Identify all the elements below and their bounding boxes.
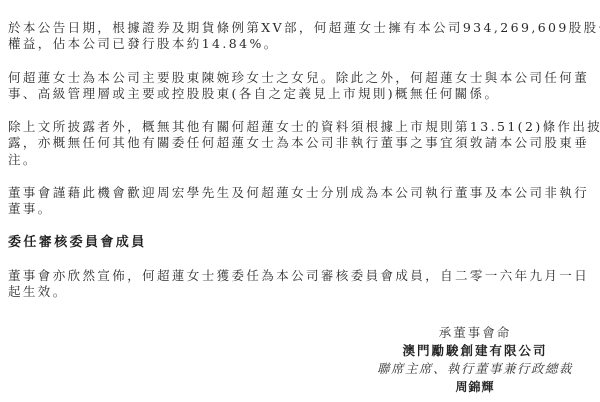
paragraph-disclosure: 除上文所披露者外，概無其他有關何超蓮女士的資料須根據上市規則第13.51(2)條… — [8, 119, 592, 168]
text-line: 露，亦概無任何其他有關委任何超蓮女士為本公司非執行董事之事宜須敦請本公司股東垂 — [8, 135, 592, 151]
text-line: 董事會謹藉此機會歡迎周宏學先生及何超蓮女士分別成為本公司執行董事及本公司非執行 — [8, 185, 592, 201]
text-line: 起生效。 — [8, 284, 592, 300]
text-line: 董事。 — [8, 201, 592, 217]
text-line: 注。 — [8, 152, 592, 168]
text-line: 何超蓮女士為本公司主要股東陳婉珍女士之女兒。除此之外，何超蓮女士與本公司任何董 — [8, 70, 592, 86]
paragraph-shareholding: 於本公告日期，根據證券及期貨條例第XV部，何超蓮女士擁有本公司934,269,6… — [8, 20, 592, 53]
signature-title: 聯席主席、執行董事兼行政總裁 — [370, 360, 580, 378]
text-line: 於本公告日期，根據證券及期貨條例第XV部，何超蓮女士擁有本公司934,269,6… — [8, 20, 592, 36]
text-line: 權益，佔本公司已發行股本約14.84%。 — [8, 36, 592, 52]
paragraph-audit-committee: 董事會亦欣然宣佈，何超蓮女士獲委任為本公司審核委員會成員，自二零一六年九月一日 … — [8, 268, 592, 301]
text-line: 事、高級管理層或主要或控股股東(各自之定義見上市規則)概無任何關係。 — [8, 86, 592, 102]
signature-name: 周錦輝 — [370, 378, 580, 396]
signature-by-order: 承董事會命 — [370, 324, 580, 342]
paragraph-welcome: 董事會謹藉此機會歡迎周宏學先生及何超蓮女士分別成為本公司執行董事及本公司非執行 … — [8, 185, 592, 218]
text-line: 除上文所披露者外，概無其他有關何超蓮女士的資料須根據上市規則第13.51(2)條… — [8, 119, 592, 135]
paragraph-relationships: 何超蓮女士為本公司主要股東陳婉珍女士之女兒。除此之外，何超蓮女士與本公司任何董 … — [8, 70, 592, 103]
announcement-document: 於本公告日期，根據證券及期貨條例第XV部，何超蓮女士擁有本公司934,269,6… — [8, 20, 592, 317]
signature-company: 澳門勵駿創建有限公司 — [370, 342, 580, 360]
text-line: 董事會亦欣然宣佈，何超蓮女士獲委任為本公司審核委員會成員，自二零一六年九月一日 — [8, 268, 592, 284]
section-heading: 委任審核委員會成員 — [8, 235, 592, 251]
signature-block: 承董事會命 澳門勵駿創建有限公司 聯席主席、執行董事兼行政總裁 周錦輝 — [370, 324, 580, 396]
